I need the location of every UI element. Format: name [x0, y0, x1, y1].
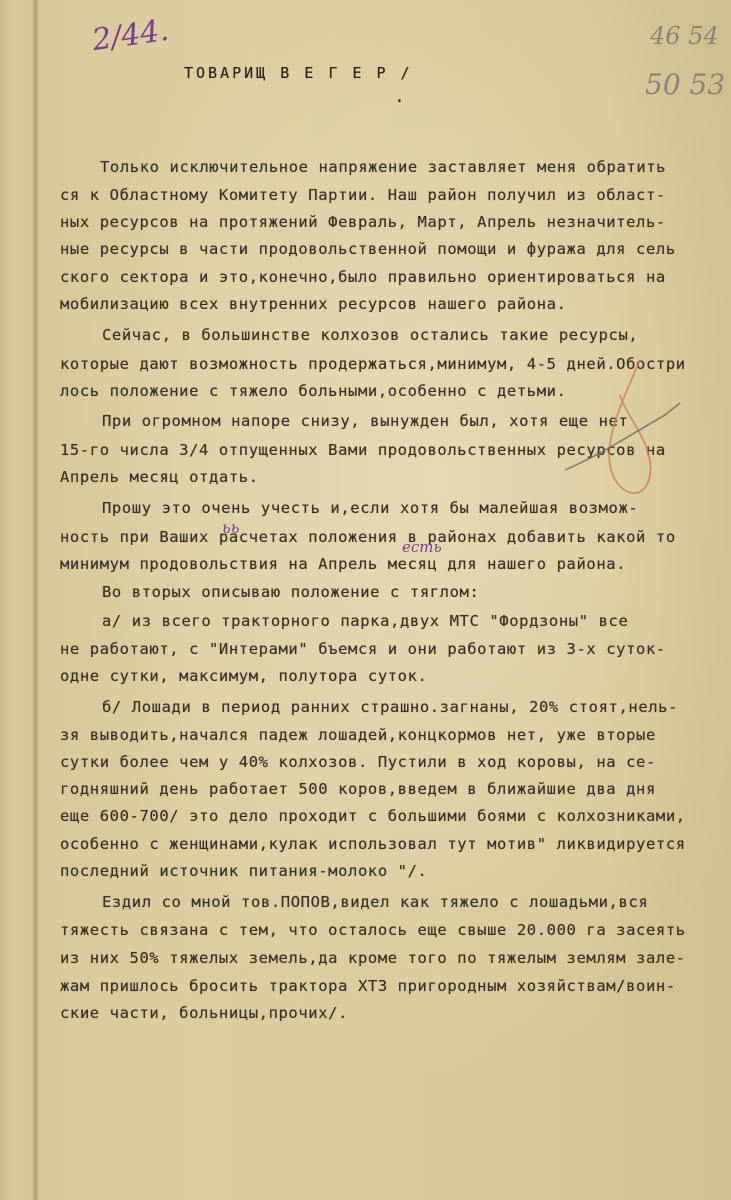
text-line: минимум продовольствия на Апрель месяц д… [60, 555, 626, 573]
text-line: особенно с женщинами,кулак использовал т… [60, 835, 686, 853]
handwritten-page-number-2: 50 53 [645, 68, 725, 101]
text-line: из них 50% тяжелых земель,да кроме того … [60, 949, 686, 967]
text-line: Апрель месяц отдать. [60, 468, 259, 486]
text-line: сутки более чем у 40% колхозов. Пустили … [60, 753, 656, 771]
text-line: тяжесть связана с тем, что осталось еще … [60, 921, 686, 939]
document-title: ТОВАРИЩ В Е Г Е Р / [184, 64, 413, 82]
text-line: Только исключительное напряжение заставл… [100, 158, 666, 176]
title-dot: . [394, 86, 405, 107]
text-line: ность при Ваших расчетах положения в рай… [60, 528, 676, 546]
text-line: ского сектора и это,конечно,было правиль… [60, 268, 666, 286]
page-fold [34, 0, 37, 1200]
text-line: ные ресурсы в части продовольственной по… [60, 240, 676, 258]
handwritten-correction-2: есть [402, 538, 442, 556]
text-line: еще 600-700/ это дело проходит с большим… [60, 807, 686, 825]
text-line: годняшний день работает 500 коров,введем… [60, 780, 656, 798]
text-line: последний источник питания-молоко "/. [60, 862, 427, 880]
handwritten-correction-1: ьь [222, 518, 239, 537]
text-line: а/ из всего тракторного парка,двух МТС "… [102, 612, 628, 630]
handwritten-registration-number: 2/44. [90, 13, 171, 58]
handwritten-page-number-1: 46 54 [650, 22, 719, 50]
text-line: жам пришлось бросить трактора ХТЗ пригор… [60, 977, 676, 995]
pencil-check-mark [560, 395, 690, 475]
text-line: Прошу это очень учесть и,если хотя бы ма… [102, 499, 638, 517]
text-line: При огромном напоре снизу, вынужден был,… [102, 412, 628, 430]
text-line: ские части, больницы,прочих/. [60, 1004, 348, 1022]
text-line: ных ресурсов на протяжений Февраль, Март… [60, 213, 666, 231]
text-line: лось положение с тяжело больными,особенн… [60, 382, 567, 400]
text-line: Ездил со мной тов.ПОПОВ,видел как тяжело… [102, 893, 648, 911]
text-line: мобилизацию всех внутренних ресурсов наш… [60, 295, 567, 313]
text-line: зя выводить,начался падеж лошадей,концко… [60, 726, 656, 744]
document-page: 2/44. 46 54 50 53 ТОВАРИЩ В Е Г Е Р / . … [0, 0, 731, 1200]
text-line: не работают, с "Интерами" бъемся и они р… [60, 640, 666, 658]
text-line: одне сутки, максимум, полутора суток. [60, 667, 427, 685]
text-line: ся к Областному Комитету Партии. Наш рай… [60, 186, 666, 204]
text-line: Сейчас, в большинстве колхозов остались … [102, 326, 638, 344]
text-line: Во вторых описываю положение с тяглом: [102, 583, 479, 601]
text-line: б/ Лошади в период ранних страшно.загнан… [102, 698, 678, 716]
